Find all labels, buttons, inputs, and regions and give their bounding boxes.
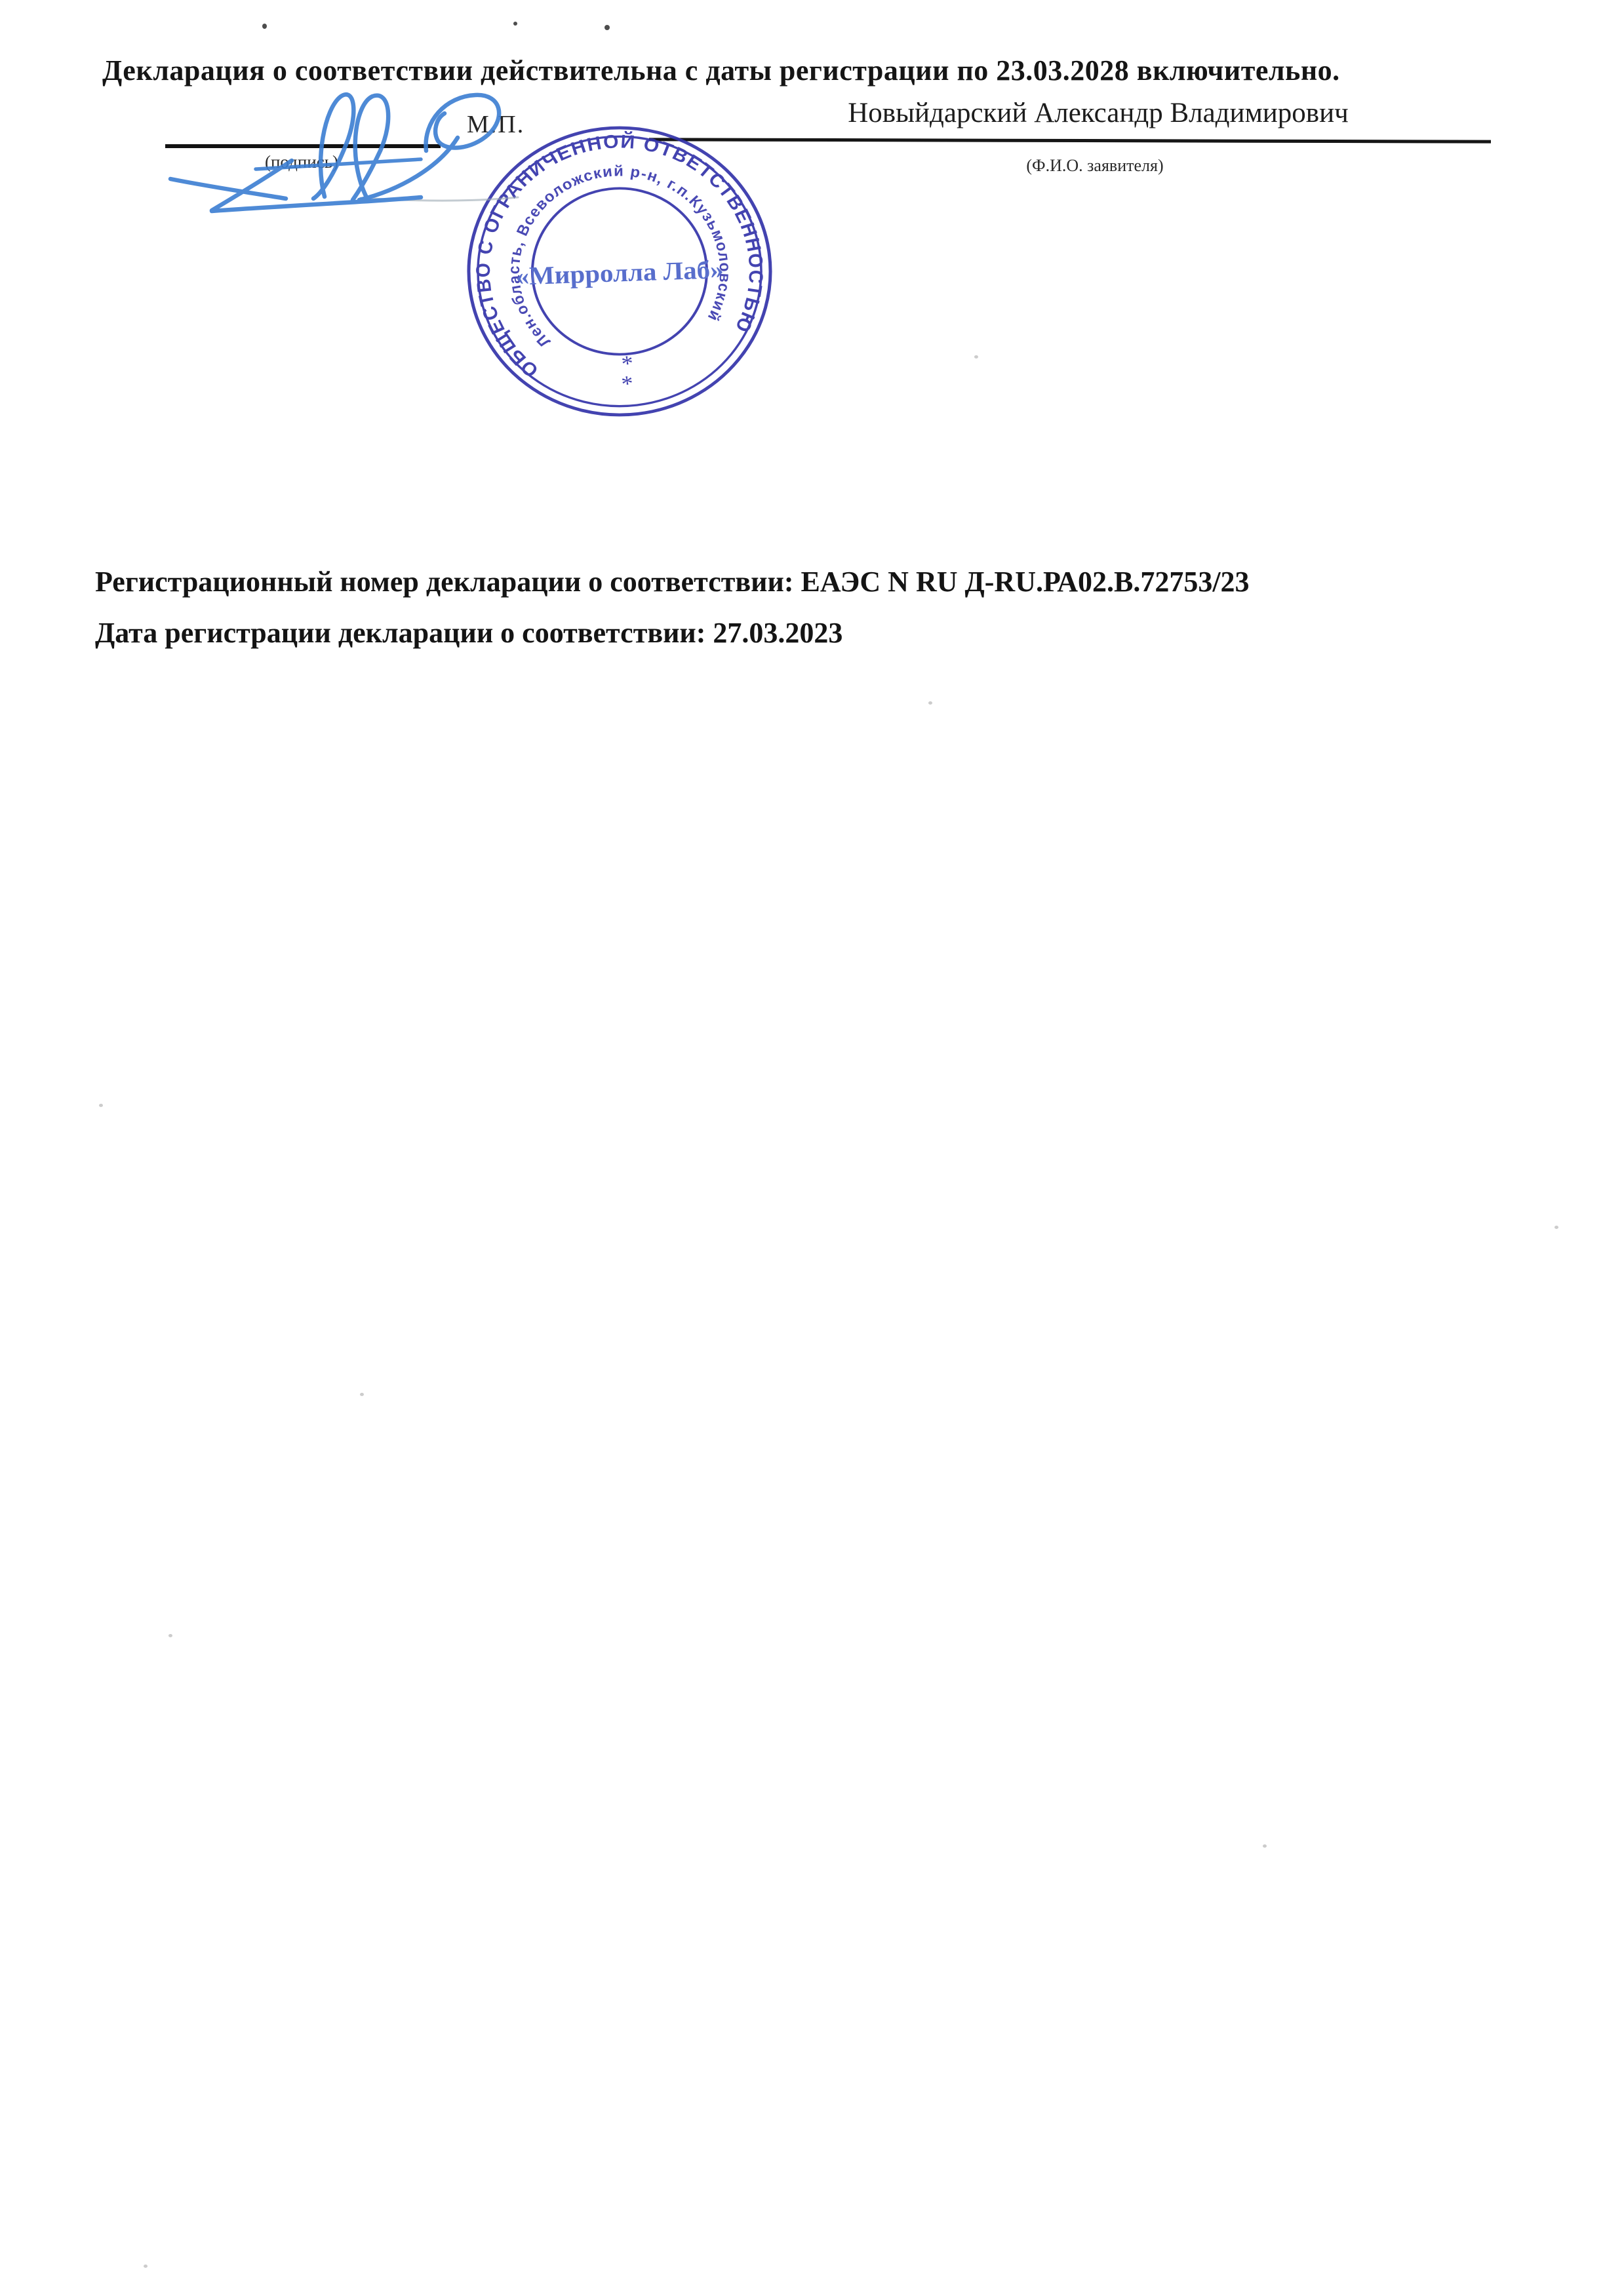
applicant-line	[649, 138, 1491, 143]
scan-dot	[604, 25, 610, 30]
handwritten-signature	[164, 82, 531, 226]
scan-speck	[1555, 1226, 1558, 1229]
scan-speck	[360, 1393, 364, 1396]
registration-date-line: Дата регистрации декларации о соответств…	[95, 616, 842, 650]
scan-speck	[974, 355, 978, 359]
applicant-caption: (Ф.И.О. заявителя)	[983, 156, 1206, 176]
scan-speck	[928, 701, 932, 705]
scan-speck	[168, 1634, 172, 1637]
registration-number-line: Регистрационный номер декларации о соотв…	[95, 565, 1250, 598]
stamp-center-text: «Мирролла Лаб»	[515, 255, 724, 290]
scan-dot	[262, 24, 267, 29]
applicant-name: Новыйдарский Александр Владимирович	[816, 97, 1380, 129]
document-page: Декларация о соответствии действительна …	[0, 0, 1624, 2296]
scan-speck	[1263, 1844, 1267, 1848]
scan-speck	[99, 1104, 103, 1107]
scan-speck	[144, 2265, 148, 2268]
scan-dot	[513, 22, 517, 26]
